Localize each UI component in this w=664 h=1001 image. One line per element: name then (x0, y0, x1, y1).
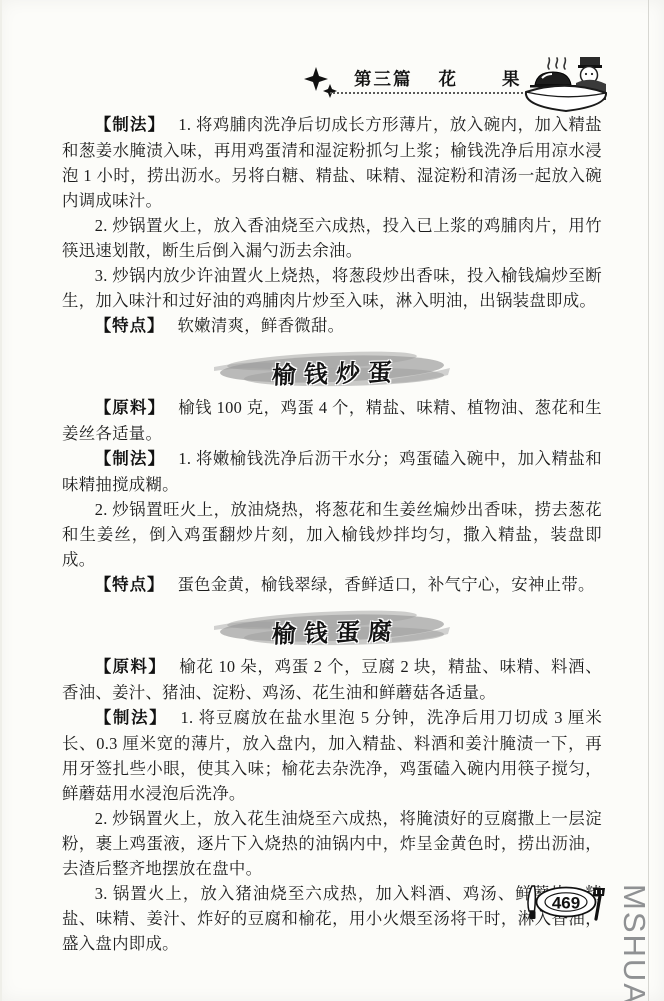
chef-icon (522, 54, 610, 119)
plate-knife-fork-icon: 469 (522, 882, 610, 924)
scan-edge-artifact (648, 0, 649, 1001)
method-label: 【制法】 (95, 709, 181, 727)
dish-title-banner: 榆钱蛋腐 (212, 606, 452, 650)
feature-paragraph: 【特点】软嫩清爽，鲜香微甜。 (62, 313, 602, 339)
chapter-header: 第三篇 花 果 (0, 54, 664, 116)
feature-text: 蛋色金黄，榆钱翠绿，香鲜适口，补气宁心，安神止带。 (177, 575, 594, 594)
feature-text: 软嫩清爽，鲜香微甜。 (177, 316, 344, 335)
ingredients-paragraph: 【原料】榆花 10 朵，鸡蛋 2 个，豆腐 2 块，精盐、味精、料酒、香油、姜汁… (62, 654, 602, 705)
method-step-paragraph: 2. 炒锅置火上，放入花生油烧至六成热，将腌渍好的豆腐撒上一层淀粉，裹上鸡蛋液，… (62, 806, 602, 881)
ingredients-label: 【原料】 (95, 399, 178, 417)
ingredients-label: 【原料】 (95, 658, 180, 676)
title-word: 花 (439, 66, 459, 91)
method-step-paragraph: 3. 炒锅内放少许油置火上烧热，将葱段炒出香味，投入榆钱煸炒至断生，加入味汁和过… (62, 263, 602, 313)
part-label: 第三篇 (354, 66, 413, 91)
feature-paragraph: 【特点】蛋色金黄，榆钱翠绿，香鲜适口，补气宁心，安神止带。 (62, 572, 602, 598)
feature-label: 【特点】 (95, 317, 178, 335)
method-step-paragraph: 2. 炒锅置旺火上，放油烧热，将葱花和生姜丝煸炒出香味，捞去葱花和生姜丝，倒入鸡… (62, 497, 602, 572)
method-label: 【制法】 (95, 450, 179, 468)
page-number-badge: 469 (522, 882, 610, 929)
sparkle-icon (302, 66, 340, 107)
dotted-rule (330, 92, 542, 94)
dish-title: 榆钱炒蛋 (211, 351, 452, 392)
method-step-paragraph: 【制法】1. 将豆腐放在盐水里泡 5 分钟，洗净后用刀切成 3 厘米长、0.3 … (62, 705, 602, 806)
method-step-paragraph: 2. 炒锅置火上，放入香油烧至六成热，投入已上浆的鸡脯肉片，用竹筷迅速划散，断生… (62, 213, 602, 263)
watermark-text: MSHUA (616, 884, 652, 1001)
scanned-book-page: 第三篇 花 果 (0, 0, 664, 1001)
scan-edge-artifact (0, 0, 2, 1001)
method-label: 【制法】 (95, 116, 179, 134)
page-number: 469 (552, 894, 580, 913)
feature-label: 【特点】 (95, 576, 178, 594)
ingredients-paragraph: 【原料】榆钱 100 克，鸡蛋 4 个，精盐、味精、植物油、葱花和生姜丝各适量。 (62, 395, 602, 446)
dish-title: 榆钱蛋腐 (211, 610, 452, 651)
method-step-paragraph: 【制法】1. 将嫩榆钱洗净后沥干水分；鸡蛋磕入碗中，加入精盐和味精抽搅成糊。 (62, 446, 602, 497)
title-word: 果 (502, 66, 522, 91)
dish-title-banner: 榆钱炒蛋 (212, 347, 452, 391)
method-step-paragraph: 3. 锅置火上，放入猪油烧至六成热，加入料酒、鸡汤、鲜蘑片、精盐、味精、姜汁、炸… (62, 881, 602, 956)
page-body: 【制法】1. 将鸡脯肉洗净后切成长方形薄片，放入碗内，加入精盐和葱姜水腌渍入味，… (62, 112, 602, 956)
method-step-paragraph: 【制法】1. 将鸡脯肉洗净后切成长方形薄片，放入碗内，加入精盐和葱姜水腌渍入味，… (62, 112, 602, 213)
chapter-title: 第三篇 花 果 (354, 66, 522, 91)
